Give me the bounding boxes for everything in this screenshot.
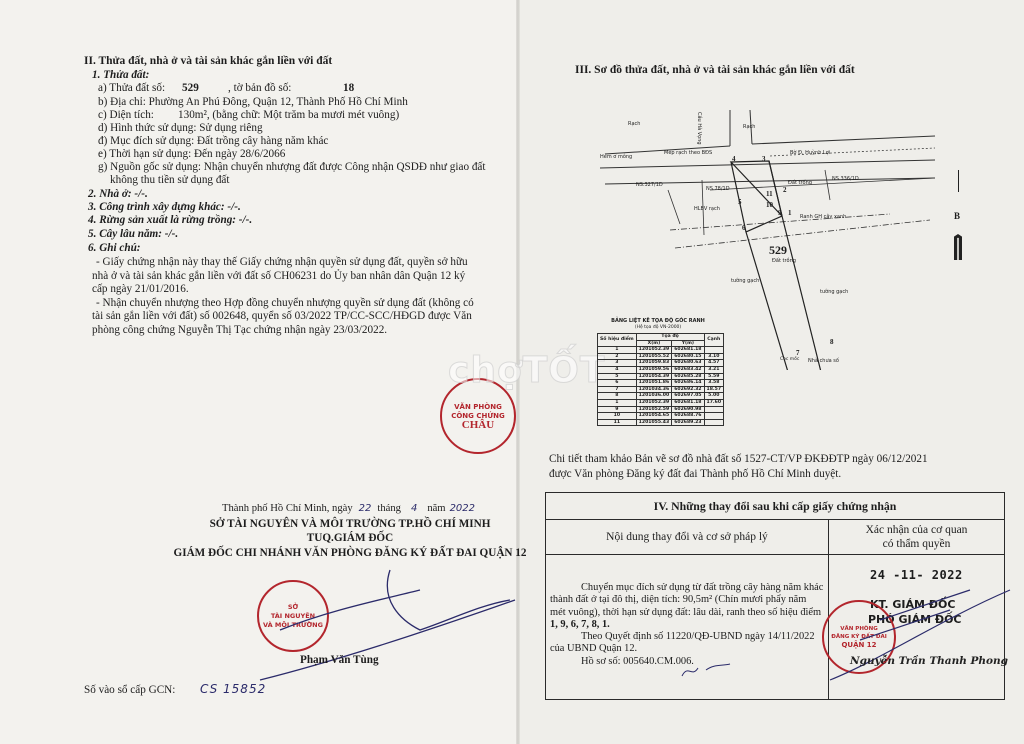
label-tuong-gach-left: tường gạch bbox=[731, 278, 759, 284]
change-line6: của UBND Quận 12. bbox=[550, 643, 837, 655]
coord-point: 2 bbox=[598, 353, 637, 360]
point-8: 8 bbox=[830, 338, 834, 346]
coord-table-row: 41201059.56602683.423.21 bbox=[598, 366, 724, 373]
note2-line2: tài sản gắn liền với đất) số 002648, quy… bbox=[92, 310, 472, 323]
coord-table-row: 81201036.00602697.055.00 bbox=[598, 393, 724, 400]
coord-edge: 3.21 bbox=[704, 366, 724, 373]
issuing-department: SỞ TÀI NGUYÊN VÀ MÔI TRƯỜNG TP.HỒ CHÍ MI… bbox=[180, 518, 520, 531]
label-hem: Hẻm ơ mông bbox=[600, 154, 632, 160]
signature-left bbox=[240, 560, 520, 690]
coord-header-y: Y(m) bbox=[672, 340, 704, 347]
section3-title: III. Sơ đồ thửa đất, nhà ở và tài sản kh… bbox=[575, 64, 855, 77]
authorization-title: TUQ.GIÁM ĐỐC bbox=[180, 532, 520, 545]
coord-y: 602692.32 bbox=[672, 386, 704, 393]
note1-line3: cấp ngày 21/01/2016. bbox=[92, 283, 189, 296]
point-1: 1 bbox=[788, 209, 792, 217]
note2-line1: - Nhận chuyển nhượng theo Hợp đồng chuyể… bbox=[96, 297, 474, 310]
coord-table-row: 111201055.43602689.23 bbox=[598, 419, 724, 426]
area-label: c) Diện tích: bbox=[98, 109, 154, 122]
parcel-number-value: 529 bbox=[182, 82, 199, 95]
coord-table-row: 51201054.39602685.285.59 bbox=[598, 373, 724, 380]
coord-y: 602683.42 bbox=[672, 366, 704, 373]
change-line2-text: thành đất ở tại đô thị, diện tích: 90,5m… bbox=[550, 594, 806, 605]
coord-header-point: Số hiệu điểm bbox=[598, 334, 637, 347]
issue-year: 2022 bbox=[446, 503, 475, 514]
coord-x: 1201054.65 bbox=[636, 413, 672, 420]
coord-header-x: X(m) bbox=[636, 340, 672, 347]
coord-edge: 4.57 bbox=[704, 360, 724, 367]
coord-edge bbox=[704, 413, 724, 420]
coord-x: 1201059.56 bbox=[636, 366, 672, 373]
director-title: GIÁM ĐỐC CHI NHÁNH VĂN PHÒNG ĐĂNG KÝ ĐẤT… bbox=[170, 547, 530, 560]
north-label: B bbox=[954, 211, 960, 221]
coord-point: 6 bbox=[598, 380, 637, 387]
reference-line2: được Văn phòng Đăng ký đất đai Thành phố… bbox=[549, 468, 841, 481]
coord-edge: 17.60 bbox=[704, 399, 724, 406]
coord-point: 8 bbox=[598, 393, 637, 400]
coord-y: 602688.76 bbox=[672, 413, 704, 420]
reference-line1: Chi tiết tham khảo Bản vẽ sơ đồ nhà đất … bbox=[549, 453, 928, 466]
label-nha-chua-so: Nhà chưa số bbox=[808, 358, 839, 364]
coord-table-row: 91201052.59602690.98 bbox=[598, 406, 724, 413]
place-date-prefix: Thành phố Hồ Chí Minh, ngày bbox=[222, 503, 353, 514]
coord-y: 602697.05 bbox=[672, 393, 704, 400]
notary-stamp-line3: CHÂU bbox=[451, 421, 505, 430]
watermark: chợTỐT bbox=[448, 350, 605, 391]
coord-point: 9 bbox=[598, 406, 637, 413]
coord-table-row: 11201052.39602681.18 bbox=[598, 347, 724, 354]
coord-header-edge: Cạnh bbox=[704, 334, 724, 347]
coord-x: 1201051.86 bbox=[636, 380, 672, 387]
issue-date-line: Thành phố Hồ Chí Minh, ngày22tháng4năm20… bbox=[222, 503, 475, 516]
coord-point: 10 bbox=[598, 413, 637, 420]
registry-label: Số vào sổ cấp GCN: bbox=[84, 684, 175, 697]
coord-table-row: 11201052.39602681.1817.60 bbox=[598, 399, 724, 406]
map-sheet-label: , tờ bản đồ số: bbox=[228, 82, 291, 95]
coord-point: 1 bbox=[598, 399, 637, 406]
coord-y: 602690.98 bbox=[672, 406, 704, 413]
coord-x: 1201055.52 bbox=[636, 353, 672, 360]
parcel-number-label: a) Thửa đất số: bbox=[98, 82, 165, 95]
coord-x: 1201036.00 bbox=[636, 393, 672, 400]
coord-edge: 3.58 bbox=[704, 380, 724, 387]
section4-title: IV. Những thay đổi sau khi cấp giấy chứn… bbox=[546, 493, 1004, 520]
label-cot-moc: Cọc mốc bbox=[780, 357, 799, 362]
change-line4: 1, 9, 6, 7, 8, 1. bbox=[550, 619, 837, 631]
note1-line1: - Giấy chứng nhận này thay thế Giấy chứn… bbox=[96, 256, 468, 269]
coord-x: 1201054.39 bbox=[636, 373, 672, 380]
coord-point: 5 bbox=[598, 373, 637, 380]
label-bo-rach: Bờ Đ. Huỳnh Lợi bbox=[790, 150, 830, 156]
change-line2: thành đất ở tại đô thị, diện tích: 90,5m… bbox=[550, 594, 837, 606]
coord-x: 1201052.39 bbox=[636, 399, 672, 406]
coord-edge bbox=[704, 406, 724, 413]
coord-y: 602689.23 bbox=[672, 419, 704, 426]
coord-point: 11 bbox=[598, 419, 637, 426]
coord-edge: 5.59 bbox=[704, 373, 724, 380]
usage-origin: g) Nguồn gốc sử dụng: Nhận chuyển nhượng… bbox=[98, 161, 486, 174]
coord-table-row: 21201055.52602680.153.10 bbox=[598, 353, 724, 360]
coord-point: 1 bbox=[598, 347, 637, 354]
coord-point: 7 bbox=[598, 386, 637, 393]
signer-name-right: Nguyễn Trần Thanh Phong bbox=[850, 655, 1008, 667]
coord-edge: 18.57 bbox=[704, 386, 724, 393]
changes-col-confirm-header: Xác nhận của cơ quancó thẩm quyền bbox=[829, 520, 1004, 554]
coord-y: 602681.18 bbox=[672, 399, 704, 406]
label-tuong-gach-right: tường gạch bbox=[820, 289, 848, 295]
coord-table-row: 71201034.36602692.3218.57 bbox=[598, 386, 724, 393]
coord-table-subtitle: (Hệ tọa độ VN-2000) bbox=[597, 325, 719, 330]
point-5: 5 bbox=[738, 198, 742, 206]
label-hlbv: HLBV rạch bbox=[694, 206, 720, 212]
label-rach-right: Rạch bbox=[743, 124, 755, 130]
map-sheet-value: 18 bbox=[343, 82, 354, 95]
coord-table-title: BẢNG LIỆT KÊ TỌA ĐỘ GÓC RANH bbox=[597, 318, 719, 324]
coord-x: 1201059.83 bbox=[636, 360, 672, 367]
coord-x: 1201052.59 bbox=[636, 406, 672, 413]
label-hanh-lang: Ranh GH cây xanh bbox=[800, 214, 846, 220]
coord-y: 602680.15 bbox=[672, 353, 704, 360]
point-4: 4 bbox=[732, 155, 736, 163]
point-10: 10 bbox=[766, 201, 773, 209]
coord-x: 1201052.39 bbox=[636, 347, 672, 354]
coord-edge: 3.10 bbox=[704, 353, 724, 360]
usage-purpose: đ) Mục đích sử dụng: Đất trồng cây hàng … bbox=[98, 135, 328, 148]
issue-day: 22 bbox=[353, 503, 378, 514]
parcel-diagram bbox=[590, 110, 950, 370]
year-label: năm bbox=[427, 503, 445, 514]
signer-name-left: Phạm Văn Tùng bbox=[300, 654, 379, 667]
coord-table-row: 61201051.86602686.143.58 bbox=[598, 380, 724, 387]
label-meo-rach: Mép rạch theo BĐS bbox=[664, 150, 712, 156]
parcel-sub-label: Đất trồng bbox=[772, 258, 796, 264]
usage-form: d) Hình thức sử dụng: Sử dụng riêng bbox=[98, 122, 263, 135]
point-9: 9 bbox=[778, 209, 782, 217]
label-rach-left: Rạch bbox=[628, 121, 640, 127]
usage-origin-cont: không thu tiền sử dụng đất bbox=[110, 174, 230, 187]
point-11: 11 bbox=[766, 190, 773, 198]
initials-signature bbox=[678, 660, 738, 682]
signature-right bbox=[820, 580, 1020, 690]
changes-col-content-header: Nội dung thay đổi và cơ sở pháp lý bbox=[546, 520, 829, 554]
parcel-number-diagram: 529 bbox=[769, 243, 787, 258]
change-line5: Theo Quyết định số 11220/QĐ-UBND ngày 14… bbox=[575, 631, 837, 643]
house-item: 2. Nhà ở: -/-. bbox=[88, 188, 148, 201]
perennial-item: 5. Cây lâu năm: -/-. bbox=[88, 228, 178, 241]
confirm-header-line2: có thẩm quyền bbox=[866, 537, 968, 551]
registry-number: CS 15852 bbox=[200, 682, 266, 696]
coord-edge bbox=[704, 419, 724, 426]
issue-month: 4 bbox=[401, 503, 427, 514]
label-ns-right: NS.336/1D bbox=[832, 176, 859, 182]
coord-y: 602681.18 bbox=[672, 347, 704, 354]
coord-table: Số hiệu điểm Tọa độ Cạnh X(m) Y(m) 11201… bbox=[597, 333, 724, 426]
notary-stamp-line1: VĂN PHÒNG bbox=[451, 403, 505, 412]
point-6: 6 bbox=[742, 224, 746, 232]
other-construction-item: 3. Công trình xây dựng khác: -/-. bbox=[88, 201, 241, 214]
label-ns-left: NS.327/1D bbox=[636, 182, 663, 188]
coord-edge: 5.00 bbox=[704, 393, 724, 400]
change-line1: Chuyển mục đích sử dụng từ đất trồng cây… bbox=[575, 582, 837, 594]
label-ns-mid: NS.78/1D bbox=[706, 186, 730, 192]
point-2: 2 bbox=[783, 186, 787, 194]
change-content: Chuyển mục đích sử dụng từ đất trồng cây… bbox=[575, 582, 837, 668]
notes-heading: 6. Ghi chú: bbox=[88, 242, 141, 255]
forest-item: 4. Rừng sản xuất là rừng trồng: -/-. bbox=[88, 214, 252, 227]
note2-line3: phòng công chứng Nguyễn Thị Tạc chứng nh… bbox=[92, 324, 387, 337]
note1-line2: nhà ở và tài sản khác gắn liền với đất s… bbox=[92, 270, 465, 283]
address-line: b) Địa chỉ: Phường An Phú Đông, Quận 12,… bbox=[98, 96, 408, 109]
month-label: tháng bbox=[377, 503, 401, 514]
coord-x: 1201034.36 bbox=[636, 386, 672, 393]
coord-point: 4 bbox=[598, 366, 637, 373]
section2-title: II. Thửa đất, nhà ở và tài sản khác gắn … bbox=[84, 55, 332, 68]
usage-term: e) Thời hạn sử dụng: Đến ngày 28/6/2066 bbox=[98, 148, 285, 161]
coord-header-coords: Tọa độ bbox=[636, 334, 704, 341]
land-parcel-heading: 1. Thửa đất: bbox=[92, 69, 149, 82]
label-road: Cầu Hà Vọng bbox=[696, 112, 702, 145]
coord-y: 602686.14 bbox=[672, 380, 704, 387]
coord-x: 1201055.43 bbox=[636, 419, 672, 426]
north-arrow-line bbox=[958, 170, 959, 192]
point-3: 3 bbox=[762, 155, 766, 163]
coord-y: 602685.28 bbox=[672, 373, 704, 380]
point-7: 7 bbox=[796, 349, 800, 357]
coord-table-row: 31201059.83602680.634.57 bbox=[598, 360, 724, 367]
confirm-header-line1: Xác nhận của cơ quan bbox=[866, 523, 968, 537]
label-dat-trong: Đất trống bbox=[788, 180, 812, 186]
area-value: 130m², (bằng chữ: Một trăm ba mươi mét v… bbox=[178, 109, 399, 122]
change-line3: mét vuông), thời hạn sử dụng đất: lâu dà… bbox=[550, 607, 837, 619]
coord-y: 602680.63 bbox=[672, 360, 704, 367]
coord-edge bbox=[704, 347, 724, 354]
coord-table-row: 101201054.65602688.76 bbox=[598, 413, 724, 420]
coord-point: 3 bbox=[598, 360, 637, 367]
